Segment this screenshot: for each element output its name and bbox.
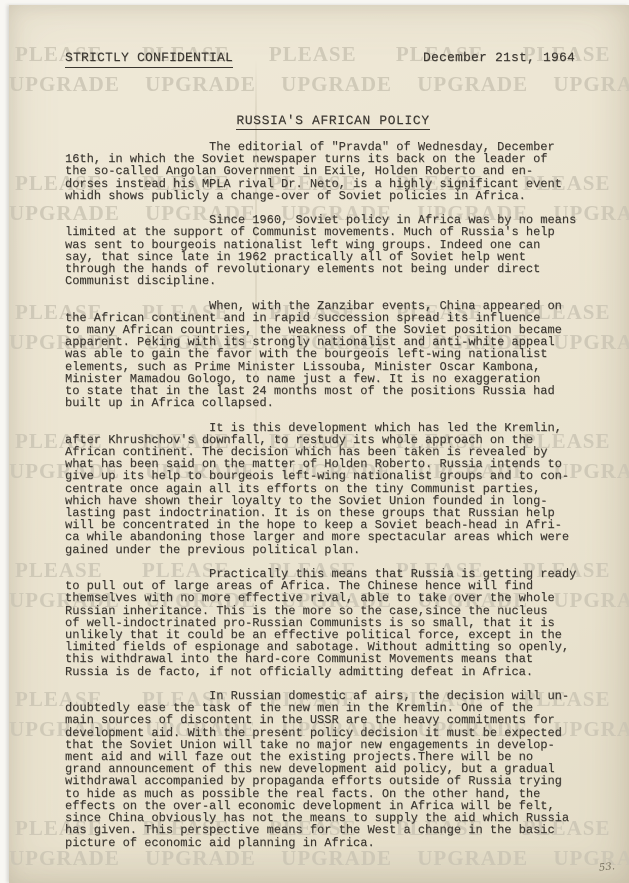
handwritten-page-number: 53. bbox=[599, 861, 616, 874]
classification-stamp: STRICTLY CONFIDENTIAL bbox=[65, 50, 233, 68]
document-header: STRICTLY CONFIDENTIAL December 21st, 196… bbox=[65, 50, 575, 68]
paragraph-4: It is this development which has led the… bbox=[65, 422, 575, 556]
document-title: RUSSIA'S AFRICAN POLICY bbox=[236, 113, 429, 130]
title-row: RUSSIA'S AFRICAN POLICY bbox=[91, 112, 575, 129]
paragraph-5: Practically this means that Russia is ge… bbox=[65, 568, 575, 678]
scanned-document: PLEASE PLEASE PLEASE PLEASE PLEASE PLEAS… bbox=[0, 0, 629, 883]
paragraph-2: Since 1960, Soviet policy in Africa was … bbox=[65, 214, 575, 287]
document-date: December 21st, 1964 bbox=[423, 50, 575, 66]
paragraph-6: In Russian domestic af airs, the decisio… bbox=[65, 690, 575, 849]
paragraph-3: When, with the Zanzibar events, China ap… bbox=[65, 300, 575, 410]
paper-sheet: PLEASE PLEASE PLEASE PLEASE PLEASE PLEAS… bbox=[9, 5, 629, 883]
paragraph-1: The editorial of "Pravda" of Wednesday, … bbox=[65, 141, 575, 202]
typed-content: STRICTLY CONFIDENTIAL December 21st, 196… bbox=[65, 50, 575, 861]
